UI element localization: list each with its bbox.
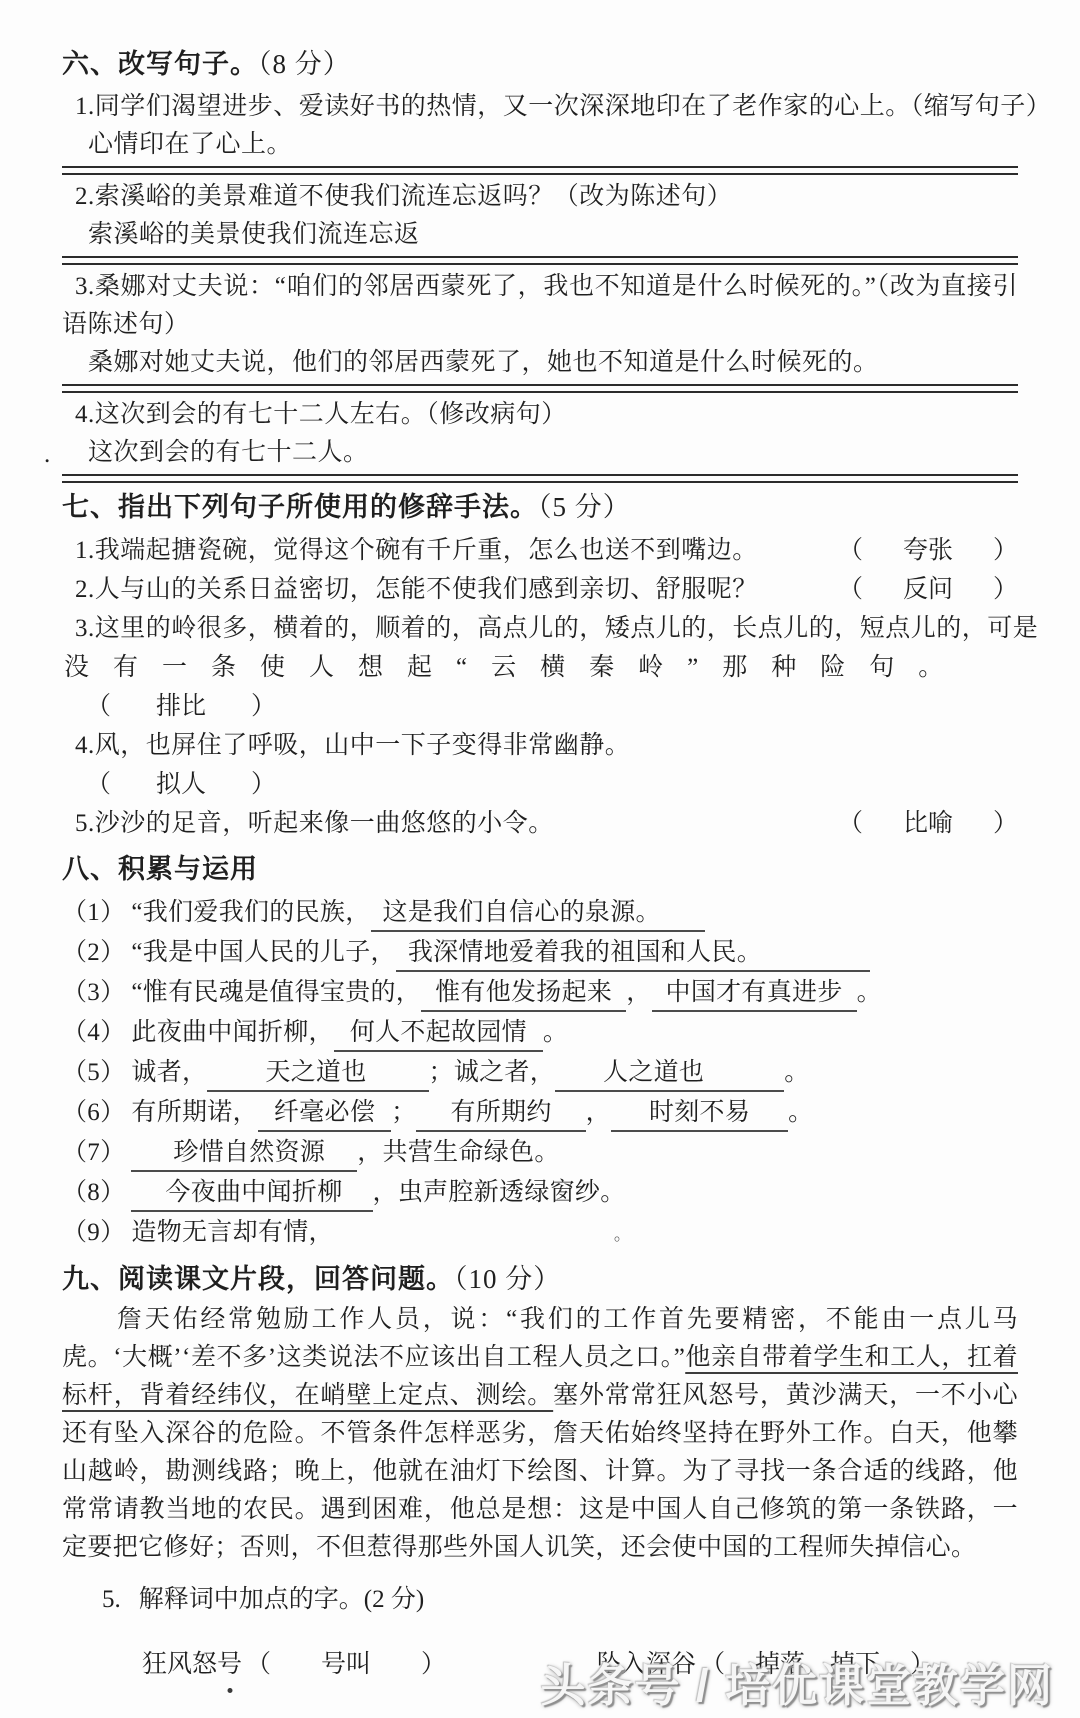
close-paren: ） bbox=[251, 765, 276, 804]
s8-item-6: （6）有所期诺，纤毫必偿；有所期约，时刻不易。 bbox=[62, 1093, 1018, 1133]
section-eight-title: 八、积累与运用 bbox=[62, 854, 258, 884]
section-seven-score: （5 分） bbox=[538, 492, 631, 522]
s8-item-3: （3）“惟有民魂是值得宝贵的，惟有他发扬起来，中国才有真进步。 bbox=[62, 973, 1018, 1013]
section-eight-heading: 八、积累与运用 bbox=[62, 851, 1018, 887]
section-nine-heading: 九、阅读课文片段，回答问题。（10 分） bbox=[62, 1261, 1018, 1297]
item-text: ，共营生命绿色。 bbox=[357, 1139, 559, 1166]
s6-answer-3: 桑娜对她丈夫说，他们的邻居西蒙死了，她也不知道是什么时候死的。 bbox=[62, 344, 1018, 382]
s7-item-5: 5.沙沙的足音，听起来像一曲悠悠的小令。 （比喻） bbox=[62, 804, 1018, 843]
item-text: 此夜曲中闻折柳， bbox=[131, 1019, 333, 1046]
divider-line bbox=[62, 256, 1018, 265]
blank-answer: 惟有他发扬起来 bbox=[421, 976, 626, 1012]
item-label: （4） bbox=[62, 1019, 125, 1046]
open-paren: （ bbox=[246, 1645, 271, 1685]
s7-question-5: 5.沙沙的足音，听起来像一曲悠悠的小令。 bbox=[62, 804, 554, 843]
sub-question-number: 5. bbox=[102, 1586, 121, 1613]
section-nine-score: （10 分） bbox=[454, 1264, 561, 1294]
item-text: 。 bbox=[857, 979, 882, 1006]
item-text: “我是中国人民的儿子， bbox=[131, 939, 395, 966]
blank-answer: 这是我们自信心的泉源。 bbox=[371, 896, 705, 932]
item-label: （1） bbox=[62, 899, 125, 926]
s6-question-4: 4.这次到会的有七十二人左右。（修改病句） bbox=[62, 396, 1018, 434]
s7-answer-4: （拟人） bbox=[62, 765, 1018, 804]
item-text: “惟有民魂是值得宝贵的， bbox=[131, 979, 421, 1006]
s7-answer-2: （反问） bbox=[838, 570, 1018, 609]
blank-answer: 时刻不易 bbox=[611, 1096, 788, 1132]
reading-passage: 詹天佑经常勉励工作人员，说：“我们的工作首先要精密，不能由一点儿马虎。‘大概’‘… bbox=[62, 1301, 1018, 1567]
section-nine: 九、阅读课文片段，回答问题。（10 分） 詹天佑经常勉励工作人员，说：“我们的工… bbox=[62, 1261, 1018, 1685]
item-label: （6） bbox=[62, 1099, 125, 1126]
s7-question-3-line2: 没有一条使人想起“云横秦岭”那种险句。 bbox=[62, 648, 1018, 687]
blank-answer: 今夜曲中闻折柳 bbox=[131, 1176, 372, 1212]
sub-question-5: 5.解释词中加点的字。(2 分) bbox=[102, 1581, 1018, 1619]
answer-value: 排比 bbox=[156, 687, 206, 726]
section-six-title: 六、改写句子。 bbox=[62, 49, 258, 79]
s7-item-1: 1.我端起搪瓷碗，觉得这个碗有千斤重，怎么也送不到嘴边。 （夸张） bbox=[62, 531, 1018, 570]
item-label: （7） bbox=[62, 1139, 125, 1166]
close-paren: ） bbox=[251, 687, 276, 726]
section-eight: 八、积累与运用 （1）“我们爱我们的民族，这是我们自信心的泉源。 （2）“我是中… bbox=[62, 851, 1018, 1255]
section-seven-heading: 七、指出下列句子所使用的修辞手法。（5 分） bbox=[62, 489, 1018, 525]
word-group-1: 狂风怒号（号叫） bbox=[142, 1645, 446, 1685]
s7-item-3: 3.这里的岭很多，横着的，顺着的，高点儿的，矮点儿的，长点儿的，短点儿的，可是 bbox=[62, 609, 1018, 648]
word-answer-1: （号叫） bbox=[246, 1645, 446, 1685]
open-paren: （ bbox=[838, 570, 863, 609]
s8-item-4: （4）此夜曲中闻折柳，何人不起故园情。 bbox=[62, 1013, 1018, 1053]
item-label: （2） bbox=[62, 939, 125, 966]
section-six: 六、改写句子。（8 分） 1.同学们渴望进步、爱读好书的热情，又一次深深地印在了… bbox=[62, 46, 1018, 483]
dotted-char: 号 bbox=[217, 1645, 242, 1685]
s8-item-7: （7）珍惜自然资源，共营生命绿色。 bbox=[62, 1133, 1018, 1173]
item-label: （9） bbox=[62, 1219, 125, 1246]
open-paren: （ bbox=[838, 531, 863, 570]
s7-answer-3: （排比） bbox=[62, 687, 1018, 726]
exam-page: { "meta": { "watermark": "头条号 / 培优课堂教学网"… bbox=[0, 0, 1080, 1718]
blank-answer: 何人不起故园情 bbox=[334, 1016, 543, 1052]
section-nine-title: 九、阅读课文片段，回答问题。 bbox=[62, 1264, 454, 1294]
s7-question-1: 1.我端起搪瓷碗，觉得这个碗有千斤重，怎么也送不到嘴边。 bbox=[62, 531, 758, 570]
open-paren: （ bbox=[86, 765, 111, 804]
item-text: 。 bbox=[543, 1019, 568, 1046]
s6-answer-2: 索溪峪的美景使我们流连忘返 bbox=[62, 216, 1018, 254]
s7-item-2: 2.人与山的关系日益密切，怎能不使我们感到亲切、舒服呢？ （反问） bbox=[62, 570, 1018, 609]
close-paren: ） bbox=[993, 804, 1018, 843]
blank-answer: 纤毫必偿 bbox=[258, 1096, 391, 1132]
close-paren: ） bbox=[421, 1645, 446, 1685]
blank-answer: 有所期约 bbox=[416, 1096, 585, 1132]
word-text: 狂风怒 bbox=[142, 1651, 217, 1678]
s8-item-8: （8）今夜曲中闻折柳，虫声腔新透绿窗纱。 bbox=[62, 1173, 1018, 1213]
item-text: ， bbox=[586, 1099, 611, 1126]
s7-item-4: 4.风，也屏住了呼吸，山中一下子变得非常幽静。 bbox=[62, 726, 1018, 765]
s8-item-2: （2）“我是中国人民的儿子，我深情地爱着我的祖国和人民。 bbox=[62, 933, 1018, 973]
s6-answer-1: 心情印在了心上。 bbox=[62, 126, 1018, 164]
s7-question-3-line1: 3.这里的岭很多，横着的，顺着的，高点儿的，矮点儿的，长点儿的，短点儿的，可是 bbox=[62, 609, 1038, 648]
s7-question-4: 4.风，也屏住了呼吸，山中一下子变得非常幽静。 bbox=[62, 726, 630, 765]
open-paren: （ bbox=[838, 804, 863, 843]
answer-value: 夸张 bbox=[903, 531, 953, 570]
divider-line bbox=[62, 474, 1018, 483]
close-paren: ） bbox=[993, 531, 1018, 570]
section-six-heading: 六、改写句子。（8 分） bbox=[62, 46, 1018, 82]
divider-line bbox=[62, 384, 1018, 393]
blank-answer: 中国才有真进步 bbox=[652, 976, 857, 1012]
blank-answer: 人之道也 bbox=[555, 1056, 784, 1092]
item-text: ，虫声腔新透绿窗纱。 bbox=[373, 1179, 626, 1206]
item-text: ， bbox=[626, 979, 651, 1006]
s6-answer-4: .这次到会的有七十二人。 bbox=[62, 434, 1018, 472]
blank-answer: 珍惜自然资源 bbox=[131, 1136, 357, 1172]
item-text: 。 bbox=[784, 1059, 809, 1086]
s6-question-3: 3.桑娜对丈夫说：“咱们的邻居西蒙死了，我也不知道是什么时候死的。”（改为直接引… bbox=[62, 268, 1018, 344]
item-text: ；诚之者， bbox=[429, 1059, 556, 1086]
section-seven: 七、指出下列句子所使用的修辞手法。（5 分） 1.我端起搪瓷碗，觉得这个碗有千斤… bbox=[62, 489, 1018, 843]
close-paren: ） bbox=[993, 570, 1018, 609]
s8-item-9: （9）造物无言却有情，。 bbox=[62, 1213, 1018, 1255]
item-text: 。 bbox=[788, 1099, 813, 1126]
open-paren: （ bbox=[86, 687, 111, 726]
divider-line bbox=[62, 166, 1018, 175]
item-label: （5） bbox=[62, 1059, 125, 1086]
s7-question-2: 2.人与山的关系日益密切，怎能不使我们感到亲切、舒服呢？ bbox=[62, 570, 758, 609]
item-text: 有所期诺， bbox=[131, 1099, 258, 1126]
item-text: ； bbox=[391, 1099, 416, 1126]
tail-period: 。 bbox=[614, 1225, 631, 1244]
s7-answer-1: （夸张） bbox=[838, 531, 1018, 570]
s6-question-1: 1.同学们渴望进步、爱读好书的热情，又一次深深地印在了老作家的心上。（缩写句子） bbox=[62, 88, 1018, 126]
section-six-score: （8 分） bbox=[258, 49, 351, 79]
item-text: 诚者， bbox=[131, 1059, 207, 1086]
blank-answer: 我深情地爱着我的祖国和人民。 bbox=[396, 936, 870, 972]
s6-answer-4-text: 这次到会的有七十二人。 bbox=[88, 439, 369, 466]
s7-answer-5: （比喻） bbox=[838, 804, 1018, 843]
s6-question-2: 2.索溪峪的美景难道不使我们流连忘返吗？（改为陈述句） bbox=[62, 178, 1018, 216]
sub-question-text: 解释词中加点的字。(2 分) bbox=[139, 1586, 424, 1613]
blank-answer: 天之道也 bbox=[207, 1056, 428, 1092]
s8-item-5: （5）诚者，天之道也；诚之者，人之道也。 bbox=[62, 1053, 1018, 1093]
stray-dot: . bbox=[44, 436, 51, 474]
item-label: （3） bbox=[62, 979, 125, 1006]
item-label: （8） bbox=[62, 1179, 125, 1206]
item-text: “我们爱我们的民族， bbox=[131, 899, 370, 926]
answer-value: 拟人 bbox=[156, 765, 206, 804]
watermark: 头条号 / 培优课堂教学网 bbox=[540, 1649, 1054, 1714]
s8-item-1: （1）“我们爱我们的民族，这是我们自信心的泉源。 bbox=[62, 893, 1018, 933]
section-seven-title: 七、指出下列句子所使用的修辞手法。 bbox=[62, 492, 538, 522]
answer-value: 号叫 bbox=[321, 1645, 371, 1685]
answer-value: 反问 bbox=[903, 570, 953, 609]
item-text: 造物无言却有情， bbox=[131, 1219, 333, 1246]
answer-value: 比喻 bbox=[903, 804, 953, 843]
